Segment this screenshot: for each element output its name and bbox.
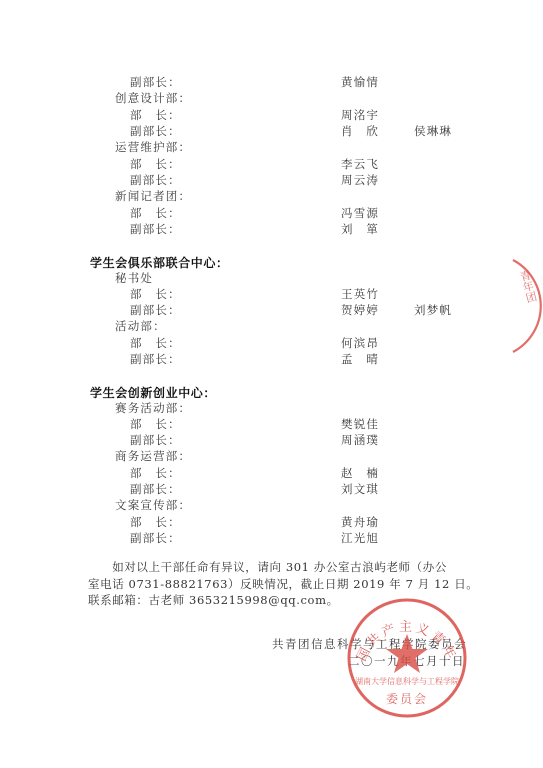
role-label: 部 长： [130, 108, 181, 122]
dept-label: 商务运营部： [115, 449, 191, 463]
person-name: 赵 楠 [341, 466, 379, 480]
document-page: 副部长： 黄愉情 创意设计部： 部 长： 周洺宇 副部长： 肖 欣 侯琳琳 运营… [0, 0, 543, 768]
role-label: 副部长： [130, 222, 181, 236]
dept-label: 活动部： [115, 319, 166, 333]
dept-label: 秘书处 [115, 271, 153, 285]
role-label: 副部长： [130, 482, 181, 496]
dept-label: 创意设计部： [115, 91, 191, 105]
person-name: 冯雪源 [341, 206, 379, 220]
role-label: 部 长： [130, 466, 181, 480]
section-heading-innovation-center: 学生会创新创业中心： [90, 384, 216, 401]
role-label: 副部长： [130, 303, 181, 317]
role-label: 副部长： [130, 352, 181, 366]
edge-seal-stamp: 青年团 [505, 258, 543, 354]
person-name: 周云涛 [341, 173, 379, 187]
section-heading-club-center: 学生会俱乐部联合中心： [90, 254, 229, 271]
notice-line-2: 室电话 0731-88821763）反映情况，截止日期 2019 年 7 月 1… [88, 576, 478, 592]
person-name: 何滨昂 [341, 336, 379, 350]
role-label: 副部长： [130, 531, 181, 545]
person-name: 孟 晴 [341, 352, 379, 366]
role-label: 副部长： [130, 75, 181, 89]
role-label: 部 长： [130, 515, 181, 529]
role-label: 部 长： [130, 157, 181, 171]
person-name: 刘文琪 [341, 482, 379, 496]
person-name: 黄舟瑜 [341, 515, 379, 529]
role-label: 部 长： [130, 336, 181, 350]
dept-label: 运营维护部： [115, 140, 191, 154]
person-name: 周涵璞 [341, 433, 379, 447]
person-name: 黄愉情 [341, 75, 379, 89]
person-name: 刘 箪 [341, 222, 379, 236]
seal-middle-text: 湖南大学信息科学与工程学院 [355, 676, 459, 686]
role-label: 部 长： [130, 417, 181, 431]
person-name: 江光旭 [341, 531, 379, 545]
person-name: 李云飞 [341, 157, 379, 171]
notice-line-1: 如对以上干部任命有异议，请向 301 办公室古浪屿老师（办公 [88, 559, 447, 575]
person-name: 周洺宇 [341, 108, 379, 122]
dept-label: 新闻记者团： [115, 189, 191, 203]
person-name: 侯琳琳 [414, 124, 452, 138]
role-label: 部 长： [130, 206, 181, 220]
person-name: 贺婷婷 [341, 303, 379, 317]
role-label: 副部长： [130, 433, 181, 447]
role-label: 副部长： [130, 124, 181, 138]
edge-seal-text: 青年团 [517, 268, 538, 305]
notice-line-3: 联系邮箱：古老师 3653215998@qq.com。 [88, 592, 339, 608]
person-name: 王英竹 [341, 287, 379, 301]
dept-label: 文案宣传部： [115, 498, 191, 512]
seal-bottom-text: 委员会 [386, 692, 428, 706]
signature-org: 共青团信息科学与工程学院委员会 [272, 636, 467, 652]
signature-date: 二〇一九年七月十日 [348, 653, 465, 669]
dept-label: 赛务活动部： [115, 401, 191, 415]
role-label: 副部长： [130, 173, 181, 187]
role-label: 部 长： [130, 287, 181, 301]
person-name: 刘梦帆 [414, 303, 452, 317]
person-name: 樊锐佳 [341, 417, 379, 431]
person-name: 肖 欣 [341, 124, 379, 138]
